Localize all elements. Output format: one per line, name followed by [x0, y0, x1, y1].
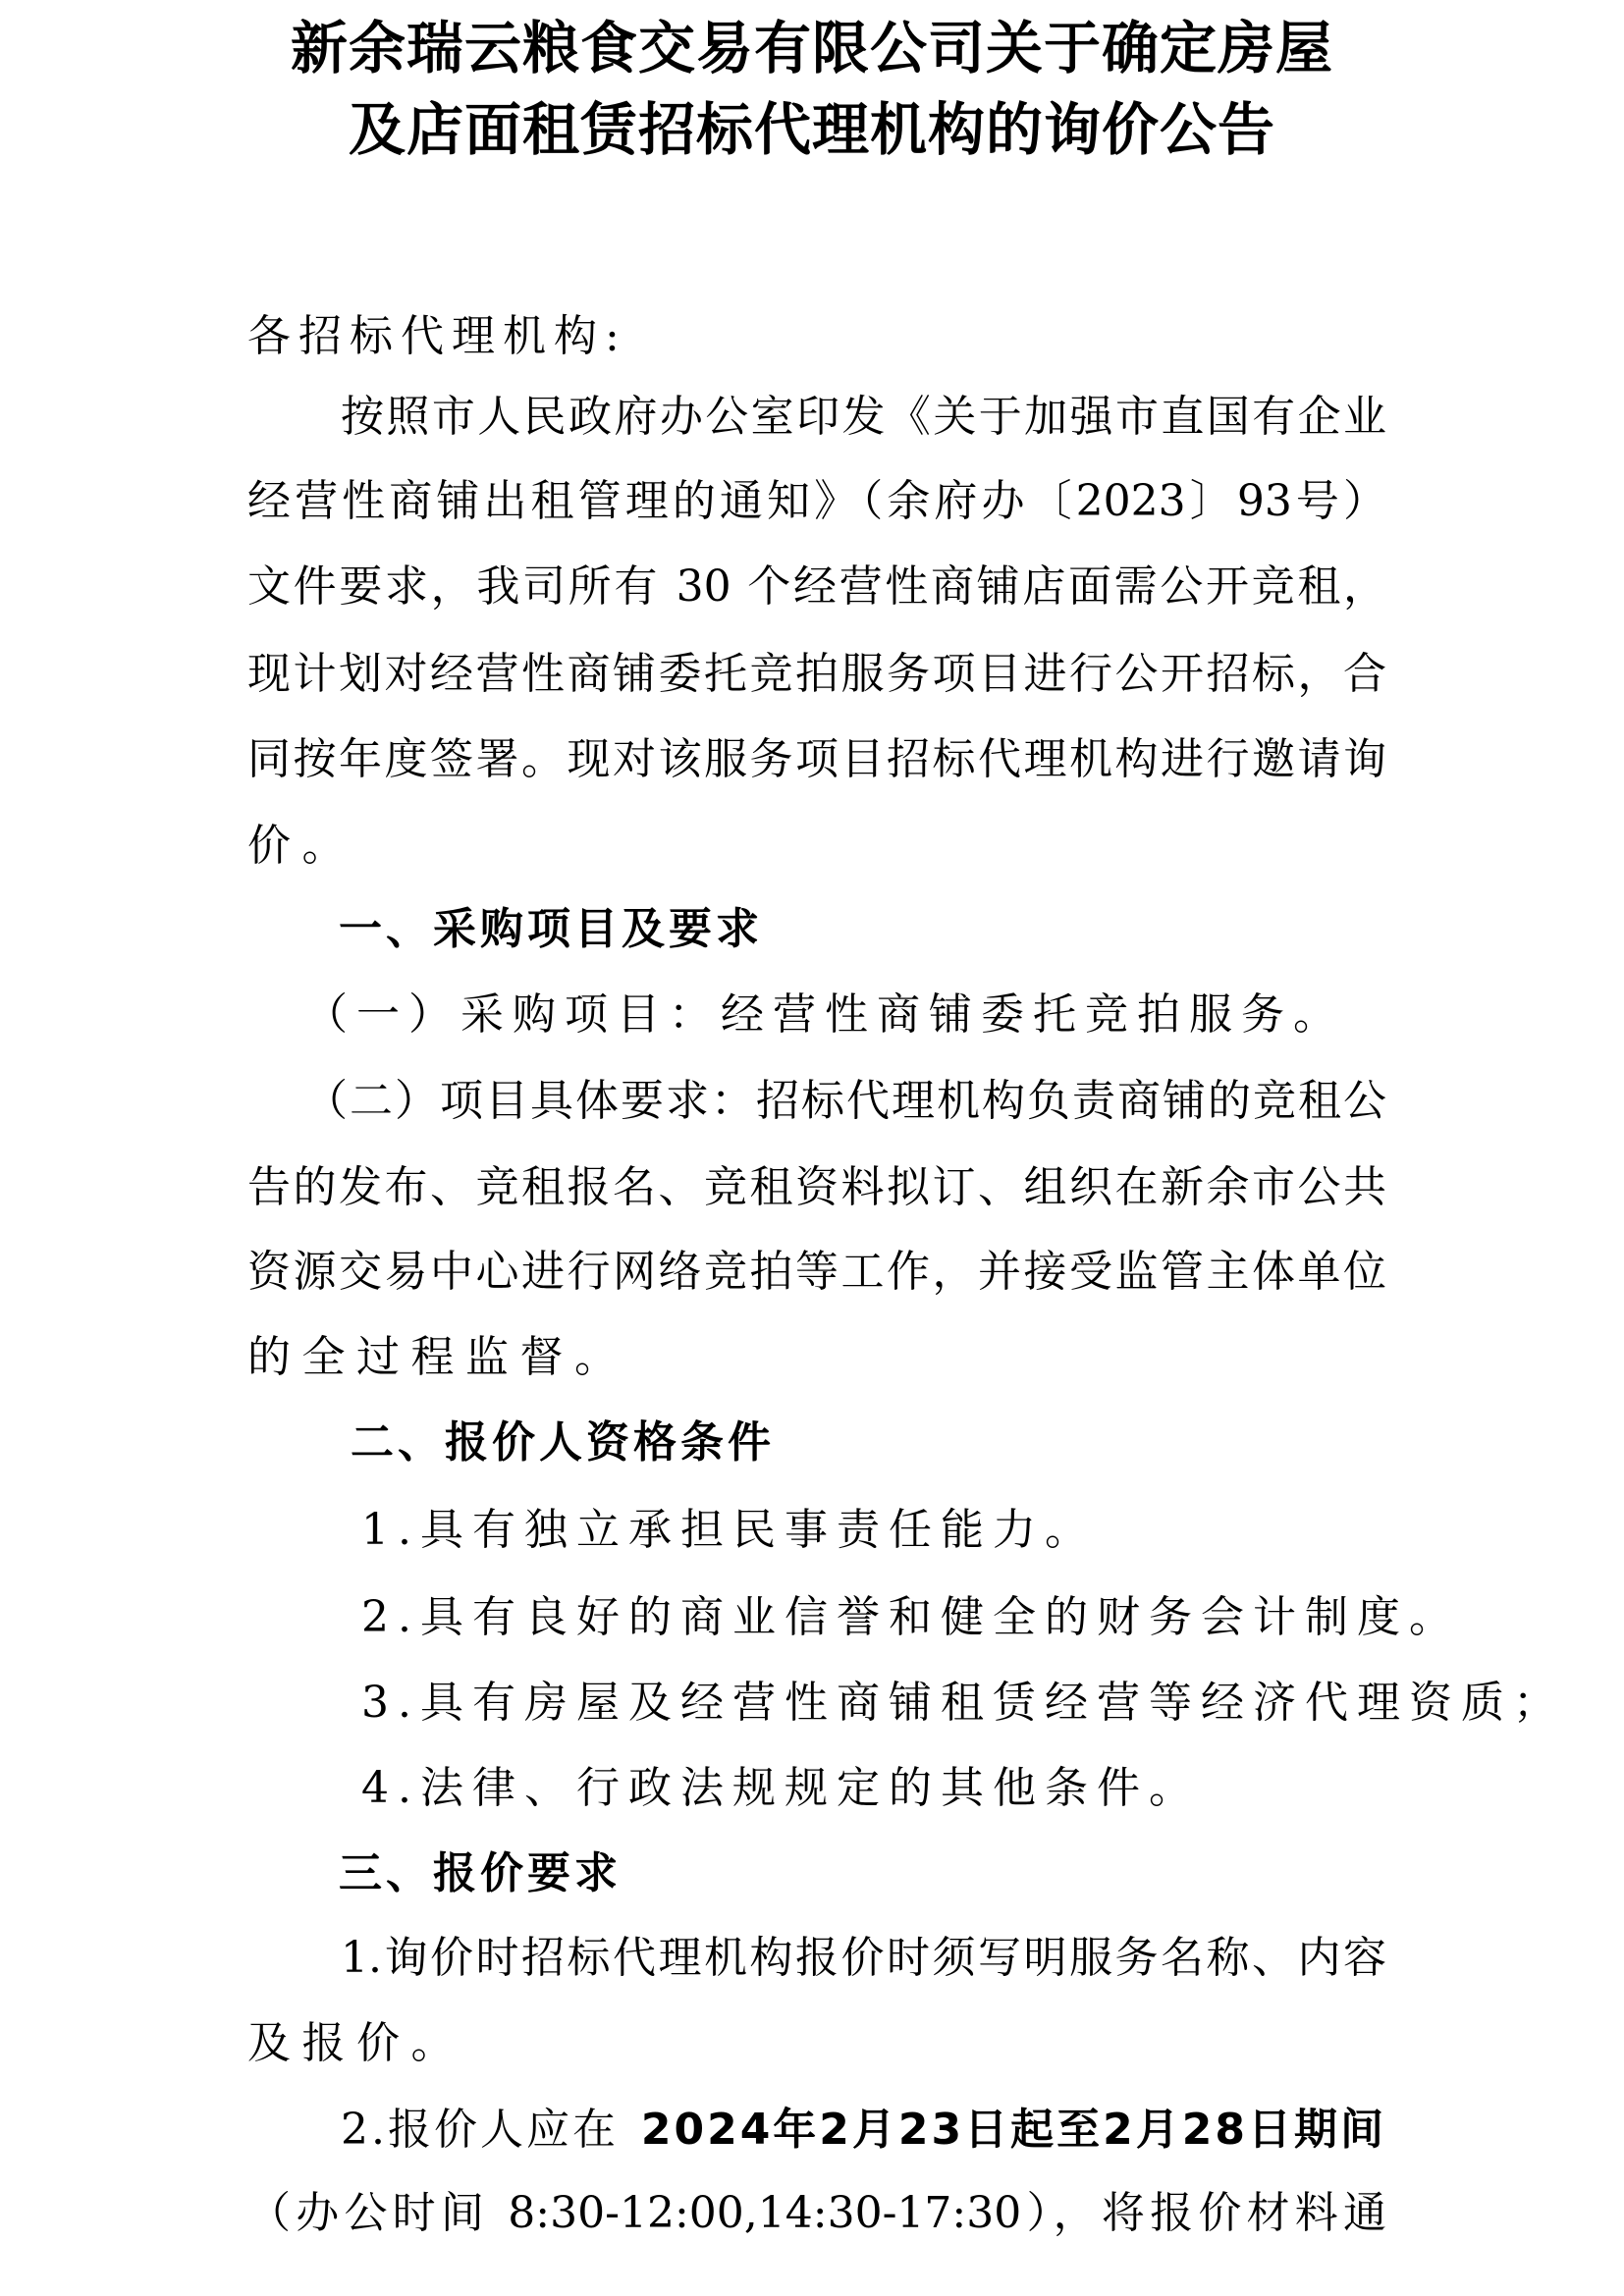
section-heading-qualifications: 二、报价人资格条件 [351, 1414, 775, 1472]
intro-line: 经营性商铺出租管理的通知》（余府办〔2023〕93号） [247, 472, 1386, 531]
intro-line: 同按年度签署。现对该服务项目招标代理机构进行邀请询 [247, 730, 1386, 789]
qualification-item: 4.法律、行政法规规定的其他条件。 [361, 1759, 1500, 1818]
requirement-line: 资源交易中心进行网络竞拍等工作，并接受监管主体单位 [247, 1243, 1386, 1302]
quotation-line: 1.询价时招标代理机构报价时须写明服务名称、内容 [341, 1929, 1386, 1988]
document-page: 新余瑞云粮食交易有限公司关于确定房屋 及店面租赁招标代理机构的询价公告 各招标代… [0, 0, 1624, 2296]
requirement-line: （二）项目具体要求：招标代理机构负责商铺的竞租公 [304, 1072, 1386, 1131]
quotation-line: 及报价。 [247, 2014, 1386, 2073]
section-heading-procurement: 一、采购项目及要求 [339, 900, 763, 959]
document-title-line-1: 新余瑞云粮食交易有限公司关于确定房屋 [0, 14, 1624, 82]
document-title-line-2: 及店面租赁招标代理机构的询价公告 [0, 95, 1624, 164]
qualification-item: 2.具有良好的商业信誉和健全的财务会计制度。 [361, 1588, 1500, 1647]
procurement-item: （一）采购项目：经营性商铺委托竞拍服务。 [304, 986, 1386, 1044]
qualification-item: 1.具有独立承担民事责任能力。 [361, 1501, 1500, 1560]
intro-line: 文件要求，我司所有 30 个经营性商铺店面需公开竞租， [247, 558, 1386, 616]
quotation-deadline-prefix: 2.报价人应在 [341, 2101, 619, 2160]
quotation-date-range: 2024年2月23日起至2月28日期间 [641, 2101, 1386, 2160]
quotation-deadline-line: 2.报价人应在 2024年2月23日起至2月28日期间 [341, 2101, 1386, 2160]
intro-line: 价。 [247, 817, 1386, 876]
intro-line: 按照市人民政府办公室印发《关于加强市直国有企业 [341, 388, 1386, 447]
requirement-line: 的全过程监督。 [247, 1328, 1386, 1387]
salutation: 各招标代理机构: [247, 307, 1386, 366]
intro-line: 现计划对经营性商铺委托竞拍服务项目进行公开招标，合 [247, 645, 1386, 704]
qualification-item: 3.具有房屋及经营性商铺租赁经营等经济代理资质； [361, 1674, 1500, 1733]
requirement-line: 告的发布、竞租报名、竞租资料拟订、组织在新余市公共 [247, 1158, 1386, 1217]
section-heading-quotation: 三、报价要求 [339, 1844, 622, 1903]
office-hours-line: （办公时间 8:30-12:00,14:30-17:30），将报价材料通 [247, 2184, 1386, 2243]
